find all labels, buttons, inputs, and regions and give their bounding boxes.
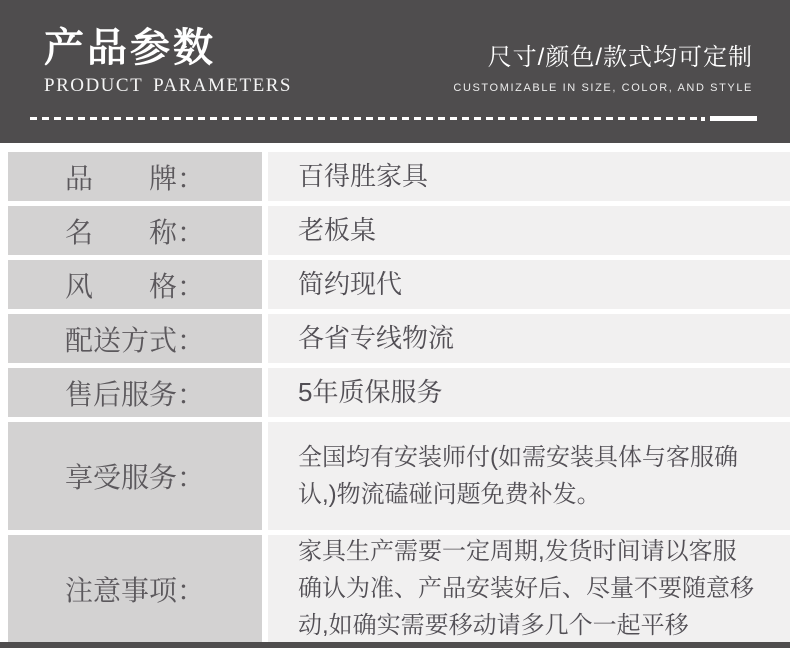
dashed-divider [30,117,698,120]
table-row: 配送方式： 各省专线物流 [0,314,790,363]
header-banner: 产品参数 PRODUCT PARAMETERS 尺寸/颜色/款式均可定制 CUS… [0,0,790,143]
row-label-cell: 售后服务： [8,368,262,417]
row-label-colon: ： [177,211,205,251]
table-row: 享受服务： 全国均有安装师付(如需安装具体与客服确认,)物流磕碰问题免费补发。 [0,422,790,530]
row-value-cell: 老板桌 [268,206,790,255]
row-label-colon: ： [177,265,205,305]
row-label: 名称 [65,211,177,251]
row-label-colon: ： [177,157,205,197]
divider-dot [701,117,705,121]
row-label-colon: ： [177,569,205,609]
row-label: 风格 [65,265,177,305]
row-value: 简约现代 [298,266,402,303]
product-parameters-page: 产品参数 PRODUCT PARAMETERS 尺寸/颜色/款式均可定制 CUS… [0,0,790,648]
row-value-cell: 各省专线物流 [268,314,790,363]
row-value-cell: 5年质保服务 [268,368,790,417]
spec-table: 品牌： 百得胜家具 名称： 老板桌 风格： 简约现代 配送方式： [0,152,790,647]
row-value: 全国均有安装师付(如需安装具体与客服确认,)物流磕碰问题免费补发。 [298,439,757,513]
header-right: 尺寸/颜色/款式均可定制 CUSTOMIZABLE IN SIZE, COLOR… [453,44,753,94]
divider-end-bar [710,116,757,121]
table-row: 品牌： 百得胜家具 [0,152,790,201]
page-title: 产品参数 [44,26,292,70]
row-label: 售后服务 [65,373,177,413]
customizable-title: 尺寸/颜色/款式均可定制 [453,44,753,73]
header-left: 产品参数 PRODUCT PARAMETERS [44,26,292,97]
page-subtitle: PRODUCT PARAMETERS [44,75,292,97]
table-row: 售后服务： 5年质保服务 [0,368,790,417]
row-label-cell: 品牌： [8,152,262,201]
row-value: 各省专线物流 [298,320,454,357]
row-label: 品牌 [65,157,177,197]
row-label-cell: 风格： [8,260,262,309]
row-value-cell: 家具生产需要一定周期,发货时间请以客服确认为准、产品安装好后、尽量不要随意移动,… [268,535,790,642]
row-label-colon: ： [177,456,205,496]
row-value-cell: 简约现代 [268,260,790,309]
table-row: 名称： 老板桌 [0,206,790,255]
row-label-colon: ： [177,373,205,413]
row-label: 享受服务 [65,456,177,496]
row-label-cell: 注意事项： [8,535,262,642]
row-value: 5年质保服务 [298,374,442,411]
row-value: 家具生产需要一定周期,发货时间请以客服确认为准、产品安装好后、尽量不要随意移动,… [298,533,757,644]
row-label-cell: 享受服务： [8,422,262,530]
row-value: 百得胜家具 [298,158,428,195]
row-label: 配送方式 [65,319,177,359]
row-value: 老板桌 [298,212,376,249]
row-label-colon: ： [177,319,205,359]
customizable-subtitle: CUSTOMIZABLE IN SIZE, COLOR, AND STYLE [453,82,753,94]
row-label-cell: 名称： [8,206,262,255]
table-row: 注意事项： 家具生产需要一定周期,发货时间请以客服确认为准、产品安装好后、尽量不… [0,535,790,642]
row-label-cell: 配送方式： [8,314,262,363]
row-value-cell: 全国均有安装师付(如需安装具体与客服确认,)物流磕碰问题免费补发。 [268,422,790,530]
bottom-bar [0,642,790,648]
row-value-cell: 百得胜家具 [268,152,790,201]
table-row: 风格： 简约现代 [0,260,790,309]
row-label: 注意事项 [65,569,177,609]
